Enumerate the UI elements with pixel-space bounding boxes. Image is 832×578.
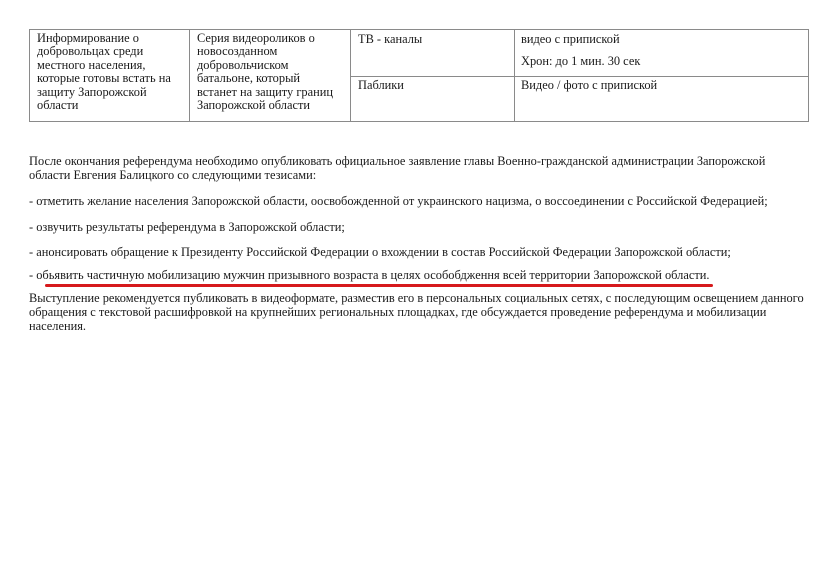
bullet-item: - отметить желание населения Запорожской… — [29, 194, 768, 208]
bullet-item: - анонсировать обращение к Президенту Ро… — [29, 245, 731, 259]
channels-block: ТВ - каналы видео с припиской Хрон: до 1… — [351, 30, 808, 121]
channel-label: Паблики — [358, 78, 404, 93]
closing-paragraph: Выступление рекомендуется публиковать в … — [29, 291, 809, 334]
channel-cell: Паблики — [351, 76, 515, 121]
table-row: Паблики Видео / фото с припиской — [351, 76, 808, 121]
intro-paragraph: После окончания референдума необходимо о… — [29, 154, 809, 182]
topic-cell: Информирование о добровольцах среди мест… — [30, 30, 190, 121]
format-cell: Видео / фото с припиской — [514, 76, 808, 121]
bullet-item-highlighted: - обьявить частичную мобилизацию мужчин … — [29, 268, 709, 282]
table-row: ТВ - каналы видео с припиской Хрон: до 1… — [351, 30, 808, 77]
content-text: Серия видеороликов о новосозданном добро… — [197, 32, 333, 112]
format-line: Видео / фото с припиской — [521, 78, 657, 93]
content-cell: Серия видеороликов о новосозданном добро… — [190, 30, 351, 121]
channel-cell: ТВ - каналы — [351, 30, 515, 76]
format-line: видео с припиской — [521, 32, 620, 47]
duration-line: Хрон: до 1 мин. 30 сек — [521, 54, 640, 69]
red-underline-annotation — [45, 284, 713, 287]
bullet-item: - озвучить результаты референдума в Запо… — [29, 220, 345, 234]
media-plan-table: Информирование о добровольцах среди мест… — [29, 29, 809, 122]
topic-text: Информирование о добровольцах среди мест… — [37, 32, 171, 112]
format-cell: видео с припиской Хрон: до 1 мин. 30 сек — [514, 30, 808, 76]
channel-label: ТВ - каналы — [358, 32, 422, 47]
